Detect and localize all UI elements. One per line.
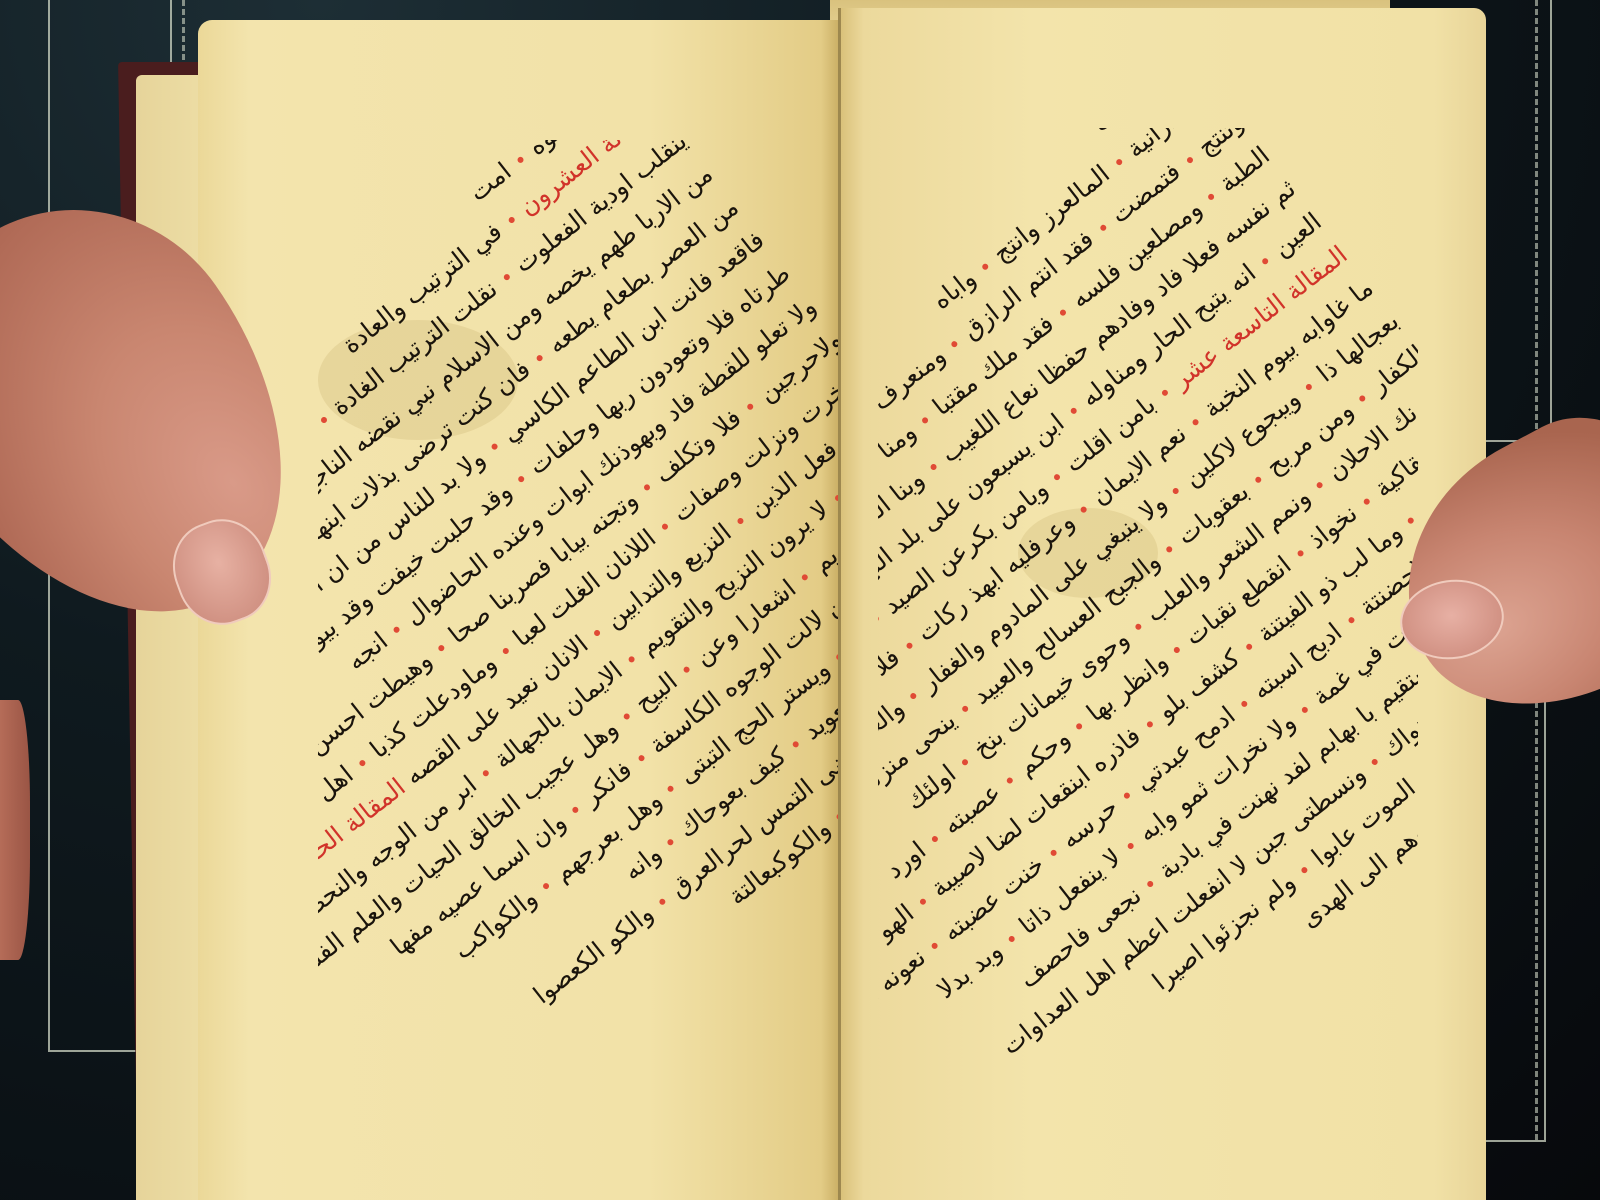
background-outline-right [1480,0,1552,442]
right-text-block: وطلوع نباكفانها ارانية المالعرز وانتج وا… [878,128,1418,1108]
left-text-block: ما انتجا نعوه امتالمقالة العشرون في التر… [318,140,838,1100]
right-text-lines: وطلوع نباكفانها ارانية المالعرز وانتج وا… [878,128,1418,1108]
left-page: ما انتجا نعوه امتالمقالة العشرون في التر… [198,20,840,1200]
left-text-lines: ما انتجا نعوه امتالمقالة العشرون في التر… [318,140,838,1100]
book-gutter [838,8,841,1200]
right-page: وطلوع نباكفانها ارانية المالعرز وانتج وا… [838,8,1486,1200]
left-finger-edge [0,700,30,960]
